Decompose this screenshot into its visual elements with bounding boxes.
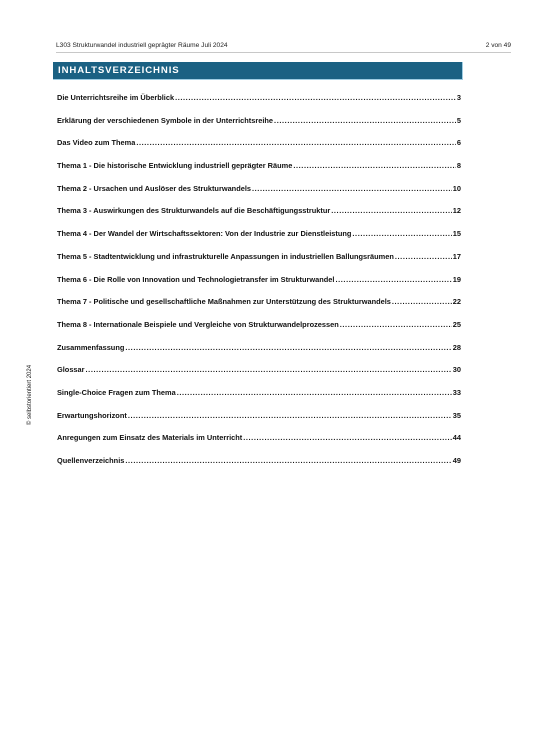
toc-entry-page: 12 <box>453 205 461 217</box>
dot-leader <box>352 228 451 240</box>
dot-leader <box>340 319 452 331</box>
toc-entry[interactable]: Thema 3 - Auswirkungen des Strukturwande… <box>57 205 461 228</box>
toc-entry-page: 10 <box>453 183 461 195</box>
toc-entry[interactable]: Thema 2 - Ursachen und Auslöser des Stru… <box>57 183 461 206</box>
toc-entry[interactable]: Erklärung der verschiedenen Symbole in d… <box>57 115 461 138</box>
dot-leader <box>175 92 456 104</box>
toc-entry[interactable]: Erwartungshorizont35 <box>57 410 461 433</box>
toc-entry-title: Thema 4 - Der Wandel der Wirtschaftssekt… <box>57 228 351 240</box>
toc-entry-page: 49 <box>453 455 461 467</box>
document-title: L303 Strukturwandel industriell geprägte… <box>56 40 228 51</box>
toc-entry-page: 15 <box>453 228 461 240</box>
dot-leader <box>86 364 452 376</box>
dot-leader <box>128 410 452 422</box>
toc-entry-title: Erklärung der verschiedenen Symbole in d… <box>57 115 273 127</box>
toc-entry-page: 5 <box>457 115 461 127</box>
toc-entry-page: 25 <box>453 319 461 331</box>
dot-leader <box>331 205 452 217</box>
toc-entry-title: Glossar <box>57 364 85 376</box>
dot-leader <box>252 183 452 195</box>
toc-entry-page: 44 <box>453 432 461 444</box>
toc-entry-page: 19 <box>453 274 461 286</box>
toc-entry[interactable]: Zusammenfassung28 <box>57 342 461 365</box>
toc-entry[interactable]: Die Unterrichtsreihe im Überblick3 <box>57 92 461 115</box>
toc-entry-page: 6 <box>457 137 461 149</box>
copyright-notice: © selbstorientiert 2024 <box>27 365 33 425</box>
toc-entry-title: Erwartungshorizont <box>57 410 127 422</box>
page-header: L303 Strukturwandel industriell geprägte… <box>56 40 511 53</box>
toc-entry-title: Thema 7 - Politische und gesellschaftlic… <box>57 296 391 308</box>
toc-entry[interactable]: Thema 5 - Stadtentwicklung und infrastru… <box>57 251 461 274</box>
toc-entry[interactable]: Das Video zum Thema6 <box>57 137 461 160</box>
toc-entry-page: 8 <box>457 160 461 172</box>
toc-entry-title: Zusammenfassung <box>57 342 124 354</box>
toc-entry[interactable]: Single-Choice Fragen zum Thema33 <box>57 387 461 410</box>
toc-entry-page: 22 <box>453 296 461 308</box>
dot-leader <box>392 296 452 308</box>
toc-entry[interactable]: Anregungen zum Einsatz des Materials im … <box>57 432 461 455</box>
toc-entry-title: Thema 8 - Internationale Beispiele und V… <box>57 319 339 331</box>
toc-entry[interactable]: Quellenverzeichnis49 <box>57 455 461 478</box>
toc-entry-title: Thema 3 - Auswirkungen des Strukturwande… <box>57 205 330 217</box>
page-indicator: 2 von 49 <box>486 40 511 51</box>
dot-leader <box>335 274 451 286</box>
toc-entry-page: 33 <box>453 387 461 399</box>
dot-leader <box>293 160 456 172</box>
dot-leader <box>243 432 452 444</box>
dot-leader <box>136 137 456 149</box>
toc-entry-title: Single-Choice Fragen zum Thema <box>57 387 176 399</box>
toc-entry[interactable]: Thema 8 - Internationale Beispiele und V… <box>57 319 461 342</box>
toc-entry-title: Quellenverzeichnis <box>57 455 124 467</box>
toc-entry-title: Thema 2 - Ursachen und Auslöser des Stru… <box>57 183 251 195</box>
toc-entry-title: Thema 6 - Die Rolle von Innovation und T… <box>57 274 334 286</box>
toc-entry-page: 17 <box>453 251 461 263</box>
toc-entry-page: 28 <box>453 342 461 354</box>
toc-heading: INHALTSVERZEICHNIS <box>58 65 180 77</box>
dot-leader <box>395 251 452 263</box>
toc-entry-page: 3 <box>457 92 461 104</box>
toc-entry[interactable]: Thema 7 - Politische und gesellschaftlic… <box>57 296 461 319</box>
toc-heading-banner: INHALTSVERZEICHNIS <box>53 62 463 80</box>
toc-entry[interactable]: Thema 4 - Der Wandel der Wirtschaftssekt… <box>57 228 461 251</box>
dot-leader <box>177 387 452 399</box>
toc-entry[interactable]: Thema 6 - Die Rolle von Innovation und T… <box>57 274 461 297</box>
dot-leader <box>274 115 456 127</box>
dot-leader <box>125 342 451 354</box>
table-of-contents: Die Unterrichtsreihe im Überblick3 Erklä… <box>57 92 461 478</box>
dot-leader <box>125 455 451 467</box>
toc-entry[interactable]: Thema 1 - Die historische Entwicklung in… <box>57 160 461 183</box>
toc-entry-title: Thema 1 - Die historische Entwicklung in… <box>57 160 292 172</box>
toc-entry[interactable]: Glossar30 <box>57 364 461 387</box>
toc-entry-title: Das Video zum Thema <box>57 137 135 149</box>
toc-entry-title: Thema 5 - Stadtentwicklung und infrastru… <box>57 251 394 263</box>
toc-entry-title: Die Unterrichtsreihe im Überblick <box>57 92 174 104</box>
toc-entry-page: 30 <box>453 364 461 376</box>
toc-entry-title: Anregungen zum Einsatz des Materials im … <box>57 432 242 444</box>
toc-entry-page: 35 <box>453 410 461 422</box>
